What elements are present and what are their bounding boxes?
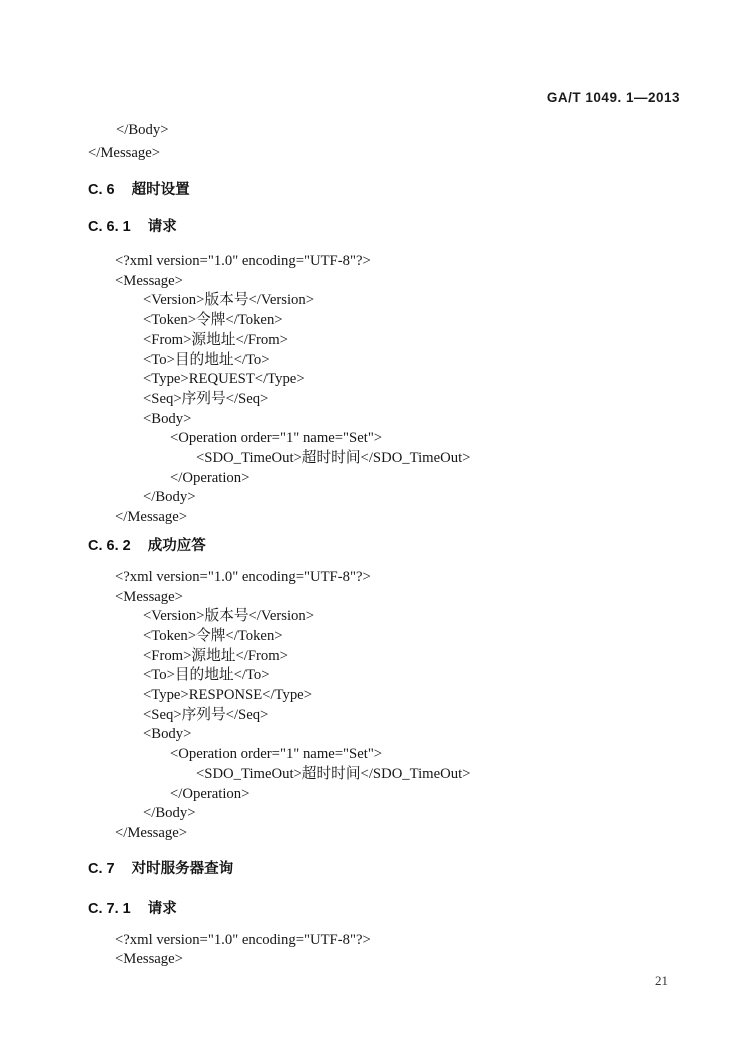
section-number: C. 6 xyxy=(88,182,115,198)
xml-request-block-c6-1: <?xml version="1.0" encoding="UTF-8"?> <… xyxy=(115,252,690,528)
xml-code-line: </Message> xyxy=(115,824,690,844)
xml-code-line: </Body> xyxy=(115,488,690,508)
section-title: 超时设置 xyxy=(132,182,190,198)
document-page: GA/T 1049. 1—2013 </Body> </Message> C. … xyxy=(0,0,750,1060)
xml-code-line: <Body> xyxy=(115,725,690,745)
xml-code-line: <Seq>序列号</Seq> xyxy=(115,390,690,410)
xml-code-line: <?xml version="1.0" encoding="UTF-8"?> xyxy=(115,931,690,951)
subsection-number: C. 7. 1 xyxy=(88,901,131,917)
xml-code-line: </Operation> xyxy=(115,785,690,805)
xml-code-line: <Type>RESPONSE</Type> xyxy=(115,686,690,706)
xml-code-line: </Message> xyxy=(88,142,690,165)
section-number: C. 7 xyxy=(88,861,115,877)
xml-code-line: </Body> xyxy=(115,804,690,824)
xml-continuation-block: </Body> </Message> xyxy=(88,119,690,165)
xml-code-line: <From>源地址</From> xyxy=(115,331,690,351)
xml-code-line: <Message> xyxy=(115,272,690,292)
xml-code-line: <Token>令牌</Token> xyxy=(115,311,690,331)
xml-code-line: <Operation order="1" name="Set"> xyxy=(115,429,690,449)
xml-code-line: <SDO_TimeOut>超时时间</SDO_TimeOut> xyxy=(115,765,690,785)
subsection-heading-c7-1: C. 7. 1 请求 xyxy=(88,902,690,917)
page-number: 21 xyxy=(655,973,668,989)
doc-code-header: GA/T 1049. 1—2013 xyxy=(547,90,680,105)
xml-code-line: <SDO_TimeOut>超时时间</SDO_TimeOut> xyxy=(115,449,690,469)
xml-code-line: <To>目的地址</To> xyxy=(115,351,690,371)
xml-code-line: <?xml version="1.0" encoding="UTF-8"?> xyxy=(115,568,690,588)
xml-code-line: <Seq>序列号</Seq> xyxy=(115,706,690,726)
subsection-title: 成功应答 xyxy=(148,538,206,554)
subsection-heading-c6-2: C. 6. 2 成功应答 xyxy=(88,539,690,554)
xml-code-line: <From>源地址</From> xyxy=(115,647,690,667)
xml-code-line: <Type>REQUEST</Type> xyxy=(115,370,690,390)
subsection-heading-c6-1: C. 6. 1 请求 xyxy=(88,220,690,235)
xml-code-line: <Operation order="1" name="Set"> xyxy=(115,745,690,765)
xml-code-line: <Token>令牌</Token> xyxy=(115,627,690,647)
xml-code-line: </Message> xyxy=(115,508,690,528)
xml-code-line: <Version>版本号</Version> xyxy=(115,291,690,311)
section-title: 对时服务器查询 xyxy=(132,861,234,877)
subsection-number: C. 6. 2 xyxy=(88,538,131,554)
xml-code-line: <Message> xyxy=(115,950,690,970)
xml-code-line: </Operation> xyxy=(115,469,690,489)
subsection-title: 请求 xyxy=(148,219,177,235)
xml-request-block-c7-1: <?xml version="1.0" encoding="UTF-8"?> <… xyxy=(115,931,690,970)
section-heading-c7: C. 7 对时服务器查询 xyxy=(88,862,690,877)
xml-response-block-c6-2: <?xml version="1.0" encoding="UTF-8"?> <… xyxy=(115,568,690,844)
xml-code-line: <Message> xyxy=(115,588,690,608)
subsection-title: 请求 xyxy=(148,901,177,917)
xml-code-line: <Version>版本号</Version> xyxy=(115,607,690,627)
page-content: </Body> </Message> C. 6 超时设置 C. 6. 1 请求 … xyxy=(88,119,690,970)
section-heading-c6: C. 6 超时设置 xyxy=(88,183,690,198)
xml-code-line: <Body> xyxy=(115,410,690,430)
xml-code-line: <?xml version="1.0" encoding="UTF-8"?> xyxy=(115,252,690,272)
xml-code-line: <To>目的地址</To> xyxy=(115,666,690,686)
subsection-number: C. 6. 1 xyxy=(88,219,131,235)
xml-code-line: </Body> xyxy=(88,119,690,142)
